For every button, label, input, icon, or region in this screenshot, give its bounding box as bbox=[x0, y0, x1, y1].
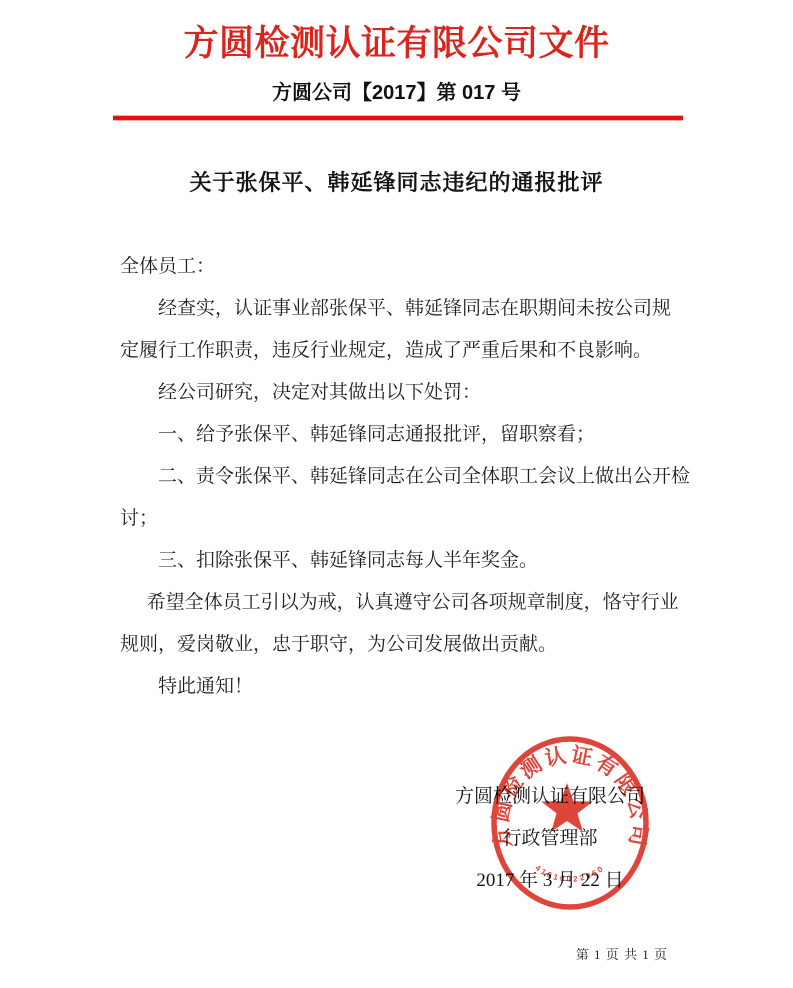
signature-block: 方圆检测认证有限公司 行政管理部 2017 年 3 月 22 日 bbox=[420, 776, 680, 902]
document-title: 关于张保平、韩延锋同志违纪的通报批评 bbox=[0, 166, 793, 197]
paragraph: 希望全体员工引以为戒，认真遵守公司各项规章制度，恪守行业 规则，爱岗敬业，忠于职… bbox=[120, 582, 740, 666]
signature-company: 方圆检测认证有限公司 bbox=[420, 776, 680, 818]
signature-department: 行政管理部 bbox=[420, 818, 680, 860]
red-rule-divider bbox=[113, 116, 683, 120]
paragraph: 经查实，认证事业部张保平、韩延锋同志在职期间未按公司规 定履行工作职责，违反行业… bbox=[120, 288, 740, 372]
document-body: 全体员工： 经查实，认证事业部张保平、韩延锋同志在职期间未按公司规 定履行工作职… bbox=[120, 246, 740, 708]
signature-date: 2017 年 3 月 22 日 bbox=[420, 860, 680, 902]
paragraph: 经公司研究，决定对其做出以下处罚： bbox=[120, 372, 740, 414]
paragraph: 三、扣除张保平、韩延锋同志每人半年奖金。 bbox=[120, 540, 740, 582]
document-page: 方圆检测认证有限公司文件 方圆公司【2017】第 017 号 关于张保平、韩延锋… bbox=[0, 0, 793, 988]
salutation: 全体员工： bbox=[120, 246, 740, 288]
doc-number: 方圆公司【2017】第 017 号 bbox=[0, 76, 793, 105]
paragraph: 二、责令张保平、韩延锋同志在公司全体职工会议上做出公开检 讨； bbox=[120, 456, 740, 540]
letterhead-title: 方圆检测认证有限公司文件 bbox=[0, 16, 793, 66]
paragraph: 一、给予张保平、韩延锋同志通报批评，留职察看； bbox=[120, 414, 740, 456]
closing-line: 特此通知！ bbox=[120, 666, 740, 708]
page-number-footer: 第 1 页 共 1 页 bbox=[576, 944, 668, 963]
